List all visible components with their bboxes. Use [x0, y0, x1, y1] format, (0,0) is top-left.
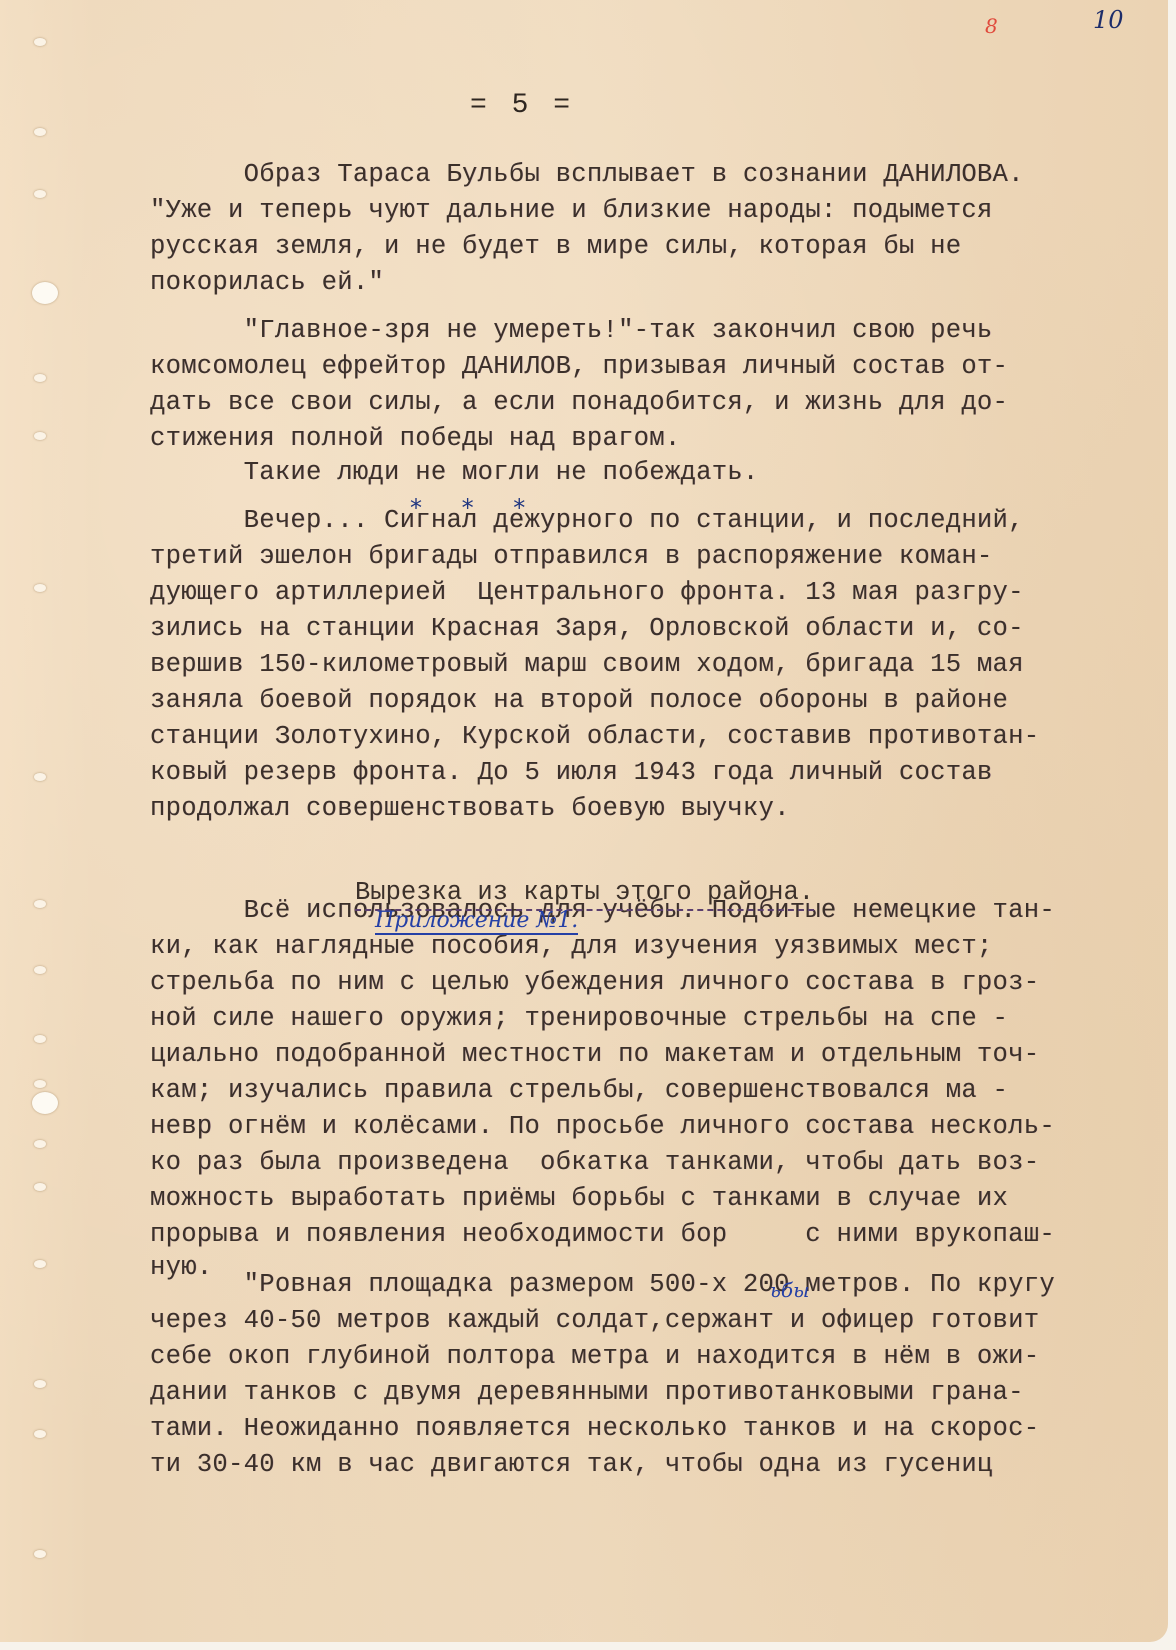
typed-line: ки, как наглядные пособия, для изучения … [150, 932, 993, 961]
binding-hole [34, 432, 46, 440]
typed-line: покорилась ей." [150, 268, 384, 297]
binding-hole [34, 1140, 46, 1148]
binding-hole [34, 900, 46, 908]
binding-hole [34, 190, 46, 198]
binding-hole [34, 1080, 46, 1088]
binding-hole [34, 584, 46, 592]
binding-hole [32, 1092, 58, 1114]
archive-folio-blue: 10 [1093, 6, 1124, 34]
typed-line: продолжал совершенствовать боевую выучку… [150, 794, 790, 823]
typed-line: ко раз была произведена обкатка танками,… [150, 1148, 1039, 1177]
typed-line: "Ровная площадка размером 500-х 200 метр… [150, 1270, 1055, 1299]
handwritten-annotation: Приложение №1. [375, 908, 578, 935]
section-separator: * * * [410, 494, 541, 522]
typed-line: дать все свои силы, а если понадобится, … [150, 388, 1008, 417]
binding-hole [34, 1380, 46, 1388]
typed-line: Вечер... Сигнал дежурного по станции, и … [150, 506, 1024, 535]
binding-hole [34, 374, 46, 382]
typed-line: заняла боевой порядок на второй полосе о… [150, 686, 1008, 715]
typed-line: дующего артиллерией Центрального фронта.… [150, 578, 1024, 607]
typed-line: циально подобранной местности по макетам… [150, 1040, 1039, 1069]
binding-hole [34, 38, 46, 46]
binding-hole [34, 1183, 46, 1191]
binding-hole [34, 966, 46, 974]
typed-line: ти 30-40 км в час двигаются так, чтобы о… [150, 1450, 993, 1479]
typed-line: кам; изучались правила стрельбы, соверше… [150, 1076, 1008, 1105]
typed-line: Образ Тараса Бульбы всплывает в сознании… [150, 160, 1024, 189]
binding-hole [34, 1430, 46, 1438]
binding-hole [34, 1260, 46, 1268]
typed-line: русская земля, и не будет в мире силы, к… [150, 232, 961, 261]
page-number: = 5 = [470, 90, 574, 121]
map-excerpt-heading: Вырезка из карты этого района. [355, 878, 814, 911]
typed-line: через 40-50 метров каждый солдат,сержант… [150, 1306, 1039, 1335]
binding-hole [34, 773, 46, 781]
typed-line: себе окоп глубиной полтора метра и наход… [150, 1342, 1039, 1371]
typed-line: третий эшелон бригады отправился в распо… [150, 542, 993, 571]
typed-line: "Уже и теперь чуют дальние и близкие нар… [150, 196, 993, 225]
typed-line: можность выработать приёмы борьбы с танк… [150, 1184, 1008, 1213]
typed-line: прорыва и появления необходимости бор с … [150, 1220, 1055, 1249]
typed-line: ковый резерв фронта. До 5 июля 1943 года… [150, 758, 993, 787]
typed-line: вершив 150-километровый марш своим ходом… [150, 650, 1024, 679]
binding-hole [34, 1035, 46, 1043]
binding-hole [34, 128, 46, 136]
typed-line: "Главное-зря не умереть!"-так закончил с… [150, 316, 993, 345]
typed-line: комсомолец ефрейтор ДАНИЛОВ, призывая ли… [150, 352, 1008, 381]
typed-line: невр огнём и колёсами. По просьбе личног… [150, 1112, 1055, 1141]
typed-line: тами. Неожиданно появляется несколько та… [150, 1414, 1039, 1443]
archive-folio-red: 8 [985, 14, 998, 38]
typed-line: зились на станции Красная Заря, Орловско… [150, 614, 1024, 643]
typed-line: ной силе нашего оружия; тренировочные ст… [150, 1004, 1008, 1033]
binding-hole [34, 1550, 46, 1558]
typed-line: стижения полной победы над врагом. [150, 424, 680, 453]
typed-line: стрельба по ним с целью убеждения личног… [150, 968, 1039, 997]
handwritten-correction: ьбы [770, 1278, 809, 1302]
document-page: 8 10 = 5 = Образ Тараса Бульбы всплывает… [0, 0, 1168, 1642]
typed-line: станции Золотухино, Курской области, сос… [150, 722, 1039, 751]
binding-hole [32, 282, 58, 304]
typed-line: дании танков с двумя деревянными противо… [150, 1378, 1024, 1407]
typed-line: Такие люди не могли не побеждать. [150, 458, 759, 487]
